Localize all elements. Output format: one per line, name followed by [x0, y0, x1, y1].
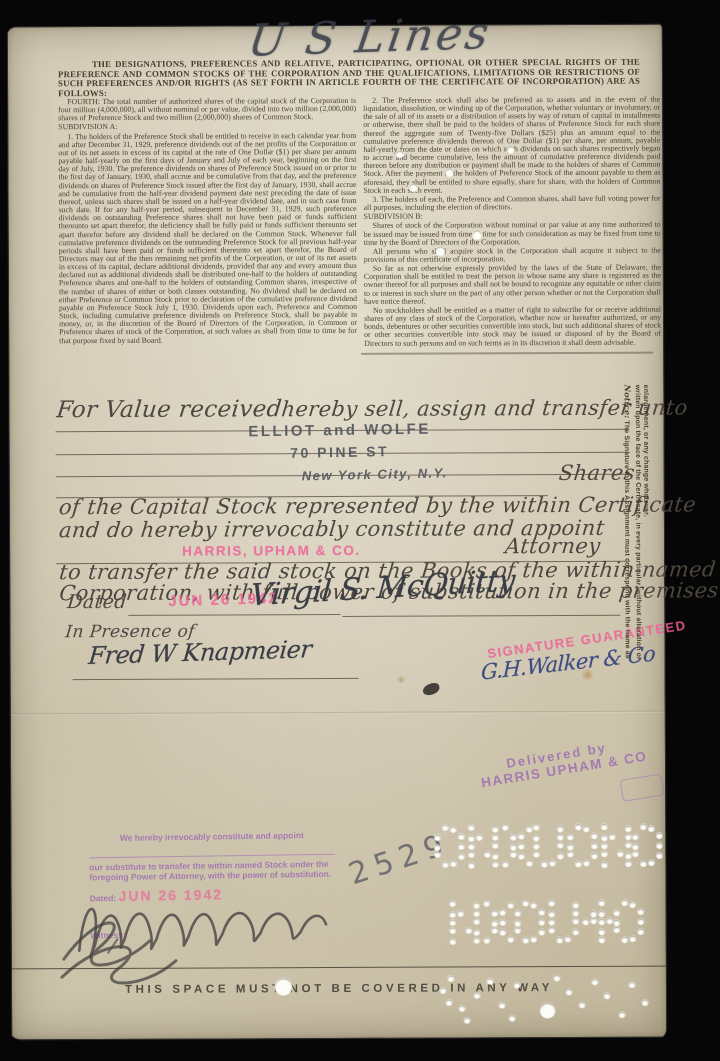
punch-hole [531, 936, 537, 942]
punch-hole [549, 911, 555, 917]
punch-hole [459, 1005, 465, 1011]
punch-hole [396, 151, 403, 158]
assignee-name-handwritten: ELLIOT and WOLFE [189, 420, 489, 441]
punch-hole [640, 861, 646, 867]
punch-hole [474, 992, 480, 998]
capital-stock-text: of the Capital Stock represented by the … [58, 494, 697, 518]
punch-hole [549, 900, 555, 906]
punch-hole [575, 861, 581, 867]
assignee-address1-handwritten: 70 PINE ST [220, 442, 460, 462]
punch-hole [619, 1012, 625, 1018]
punch-hole [518, 833, 524, 839]
punch-hole [468, 862, 474, 868]
punch-hole [625, 861, 631, 867]
ink-blot [422, 682, 441, 697]
punch-hole [642, 1000, 648, 1006]
punch-hole [487, 978, 493, 984]
punch-hole [614, 910, 620, 916]
paragraph: FOURTH: The total number of authorized s… [58, 97, 356, 123]
punch-hole [508, 902, 514, 908]
punch-hole [484, 900, 490, 906]
punch-hole [656, 853, 662, 859]
punch-hole [531, 902, 537, 908]
punch-hole [492, 910, 498, 916]
punch-hole [434, 835, 440, 841]
punch-hole [445, 168, 453, 176]
punch-hole [434, 845, 440, 851]
punch-hole [554, 975, 560, 981]
punch-hole [440, 988, 446, 994]
punch-hole [573, 929, 579, 935]
punch-hole [499, 1002, 505, 1008]
punch-hole [614, 927, 620, 933]
substitute-stamp-line1: We hereby irrevocably constitute and app… [89, 830, 335, 844]
paragraph: 1. The holders of the Preference Stock s… [58, 132, 357, 345]
punch-hole [523, 937, 529, 943]
punch-hole [604, 993, 610, 999]
margin-notice: Notice: The Signature to this Assignment… [621, 385, 660, 665]
punch-hole [474, 929, 480, 935]
punch-hole [601, 851, 607, 857]
punch-hole [583, 826, 589, 832]
punch-hole [515, 920, 521, 926]
punch-hole [450, 938, 456, 944]
broker-stamp: HARRIS, UPHAM & CO. [182, 543, 361, 559]
punch-hole [609, 834, 615, 840]
punch-hole [466, 927, 472, 933]
punch-hole [622, 900, 628, 906]
punch-hole [632, 851, 638, 857]
punch-hole [549, 919, 555, 925]
legal-header: THE DESIGNATIONS, PREFERENCES AND RELATI… [58, 58, 640, 99]
rule-line [342, 615, 620, 617]
punch-hole [638, 929, 644, 935]
punch-hole [468, 824, 474, 830]
punch-hole [566, 989, 572, 995]
punch-hole [450, 860, 456, 866]
punch-hole [492, 927, 498, 933]
assignment-line1: For Value received hereby sell, assign a… [55, 397, 629, 423]
punch-hole [601, 843, 607, 849]
for-value-received-text: For Value received [56, 398, 283, 422]
punch-hole [458, 843, 464, 849]
punch-hole [468, 843, 474, 849]
punch-hole [557, 842, 563, 848]
punch-hole [492, 920, 498, 926]
punch-hole [509, 1015, 515, 1021]
punch-hole [557, 937, 563, 943]
punch-hole [500, 919, 506, 925]
punch-hole [575, 824, 581, 830]
punch-hole [591, 843, 597, 849]
punch-hole [630, 902, 636, 908]
punch-hole [625, 853, 631, 859]
punch-hole [583, 919, 589, 925]
punch-hole [599, 900, 605, 906]
punch-hole [526, 826, 532, 832]
fold-crease [11, 711, 665, 716]
punch-hole [629, 982, 635, 988]
punch-hole [518, 853, 524, 859]
stain [581, 669, 595, 681]
punch-hole [625, 834, 631, 840]
punch-hole [622, 937, 628, 943]
rule-line [73, 678, 359, 680]
punch-hole [474, 910, 480, 916]
punch-hole [567, 834, 573, 840]
punch-hole [638, 919, 644, 925]
punch-hole [601, 835, 607, 841]
punch-hole [448, 975, 454, 981]
stain [397, 676, 406, 684]
punch-hole [458, 833, 464, 839]
substitute-stamp-rule [89, 854, 335, 859]
punch-hole [614, 920, 620, 926]
punch-hole [518, 843, 524, 849]
punch-hole [557, 826, 563, 832]
punch-hole [458, 853, 464, 859]
punch-hole [638, 909, 644, 915]
punch-hole [533, 843, 539, 849]
punch-hole [484, 937, 490, 943]
attorney-label: Attorney [504, 536, 601, 557]
legal-column-left: FOURTH: The total number of authorized s… [58, 97, 357, 350]
punch-hole [474, 918, 480, 924]
punch-hole [656, 833, 662, 839]
punch-hole [592, 979, 598, 985]
punch-hole [500, 929, 506, 935]
punch-hole [523, 900, 529, 906]
punch-hole [539, 929, 545, 935]
punch-hole [510, 851, 516, 857]
punch-hole [549, 860, 555, 866]
punch-hole [533, 851, 539, 857]
legal-column-right: 2. The Preference stock shall also be pr… [363, 96, 661, 349]
punch-hole [450, 919, 456, 925]
punch-hole [434, 852, 440, 858]
punch-hole [539, 909, 545, 915]
punch-hole [601, 824, 607, 830]
punch-hole [591, 853, 597, 859]
punch-hole [573, 902, 579, 908]
punch-hole [450, 900, 456, 906]
punch-hole [492, 834, 498, 840]
rule-line [128, 614, 340, 616]
punch-hole [533, 835, 539, 841]
punch-hole [464, 1017, 470, 1023]
legal-columns: FOURTH: The total number of authorized s… [58, 96, 661, 350]
punch-hole [450, 826, 456, 832]
punch-hole [450, 927, 456, 933]
punch-hole [599, 937, 605, 943]
punch-hole [515, 927, 521, 933]
punch-hole [617, 851, 623, 857]
punch-hole [476, 834, 482, 840]
delivered-stamp-box [620, 773, 665, 801]
punch-hole [625, 826, 631, 832]
paragraph: So far as not otherwise expressly provid… [364, 264, 661, 306]
punch-hole [656, 843, 662, 849]
punch-hole [474, 937, 480, 943]
punch-hole [502, 861, 508, 867]
punch-hole [275, 978, 292, 995]
punch-hole [474, 902, 480, 908]
punch-hole [492, 826, 498, 832]
punch-hole [565, 936, 571, 942]
punch-hole [436, 247, 445, 256]
assignee-address2-handwritten: New York City, N.Y. [260, 464, 490, 484]
punch-hole [601, 862, 607, 868]
punch-hole [492, 861, 498, 867]
punch-hole [510, 834, 516, 840]
punch-hole [579, 1002, 585, 1008]
punch-hole [409, 184, 417, 192]
punch-hole [450, 911, 456, 917]
punch-hole [625, 842, 631, 848]
punch-hole [540, 1003, 555, 1018]
punch-hole [591, 918, 597, 924]
punch-hole [599, 929, 605, 935]
notice-body: The Signature to this Assignment must co… [623, 385, 650, 660]
punch-hole [539, 919, 545, 925]
punch-hole [648, 826, 654, 832]
punch-hole [507, 146, 514, 153]
scan-background: U S Lines THE DESIGNATIONS, PREFERENCES … [0, 0, 720, 1061]
punch-hole [515, 910, 521, 916]
punch-hole [508, 936, 514, 942]
punch-hole [468, 835, 474, 841]
punch-hole [573, 918, 579, 924]
punch-hole [632, 834, 638, 840]
punch-hole [541, 861, 547, 867]
dated-label: Dated [66, 593, 128, 612]
punch-hole [632, 844, 638, 850]
punch-hole [573, 910, 579, 916]
punch-hole [514, 982, 520, 988]
punch-hole [446, 1000, 452, 1006]
paragraph: Shares of stock of the Corporation witho… [364, 221, 661, 247]
punch-hole [599, 911, 605, 917]
punch-hole [591, 833, 597, 839]
punch-hole [549, 927, 555, 933]
punch-hole [500, 909, 506, 915]
witness-signature: Fred W Knapmeier [87, 637, 312, 668]
punch-hole [442, 862, 448, 868]
notice-label: Notice: [623, 385, 633, 419]
punch-hole [567, 851, 573, 857]
paragraph: 2. The Preference stock shall also be pr… [363, 96, 660, 195]
punch-hole [567, 844, 573, 850]
punch-hole [492, 842, 498, 848]
punch-hole [557, 853, 563, 859]
punch-hole [607, 918, 613, 924]
certificate-back-page: U S Lines THE DESIGNATIONS, PREFERENCES … [8, 25, 666, 1040]
punch-hole [473, 230, 482, 239]
punch-hole [591, 911, 597, 917]
paragraph: All persons who shall acquire stock in t… [364, 246, 661, 264]
punch-hole [640, 824, 646, 830]
strike-line [361, 352, 653, 355]
punch-hole [583, 860, 589, 866]
punch-hole [502, 824, 508, 830]
punch-hole [599, 919, 605, 925]
paragraph: No stockholders shall be entitled as a m… [364, 305, 661, 347]
punch-hole [442, 825, 448, 831]
punch-hole [533, 824, 539, 830]
punch-hole [648, 860, 654, 866]
punch-hole [630, 936, 636, 942]
punch-hole [510, 844, 516, 850]
punch-hole [484, 851, 490, 857]
punch-hole [557, 834, 563, 840]
punch-hole [492, 853, 498, 859]
punch-hole [526, 860, 532, 866]
punch-hole [468, 851, 474, 857]
paragraph: 3. The holders of each, the Preference a… [364, 194, 661, 212]
punch-hole [458, 910, 464, 916]
